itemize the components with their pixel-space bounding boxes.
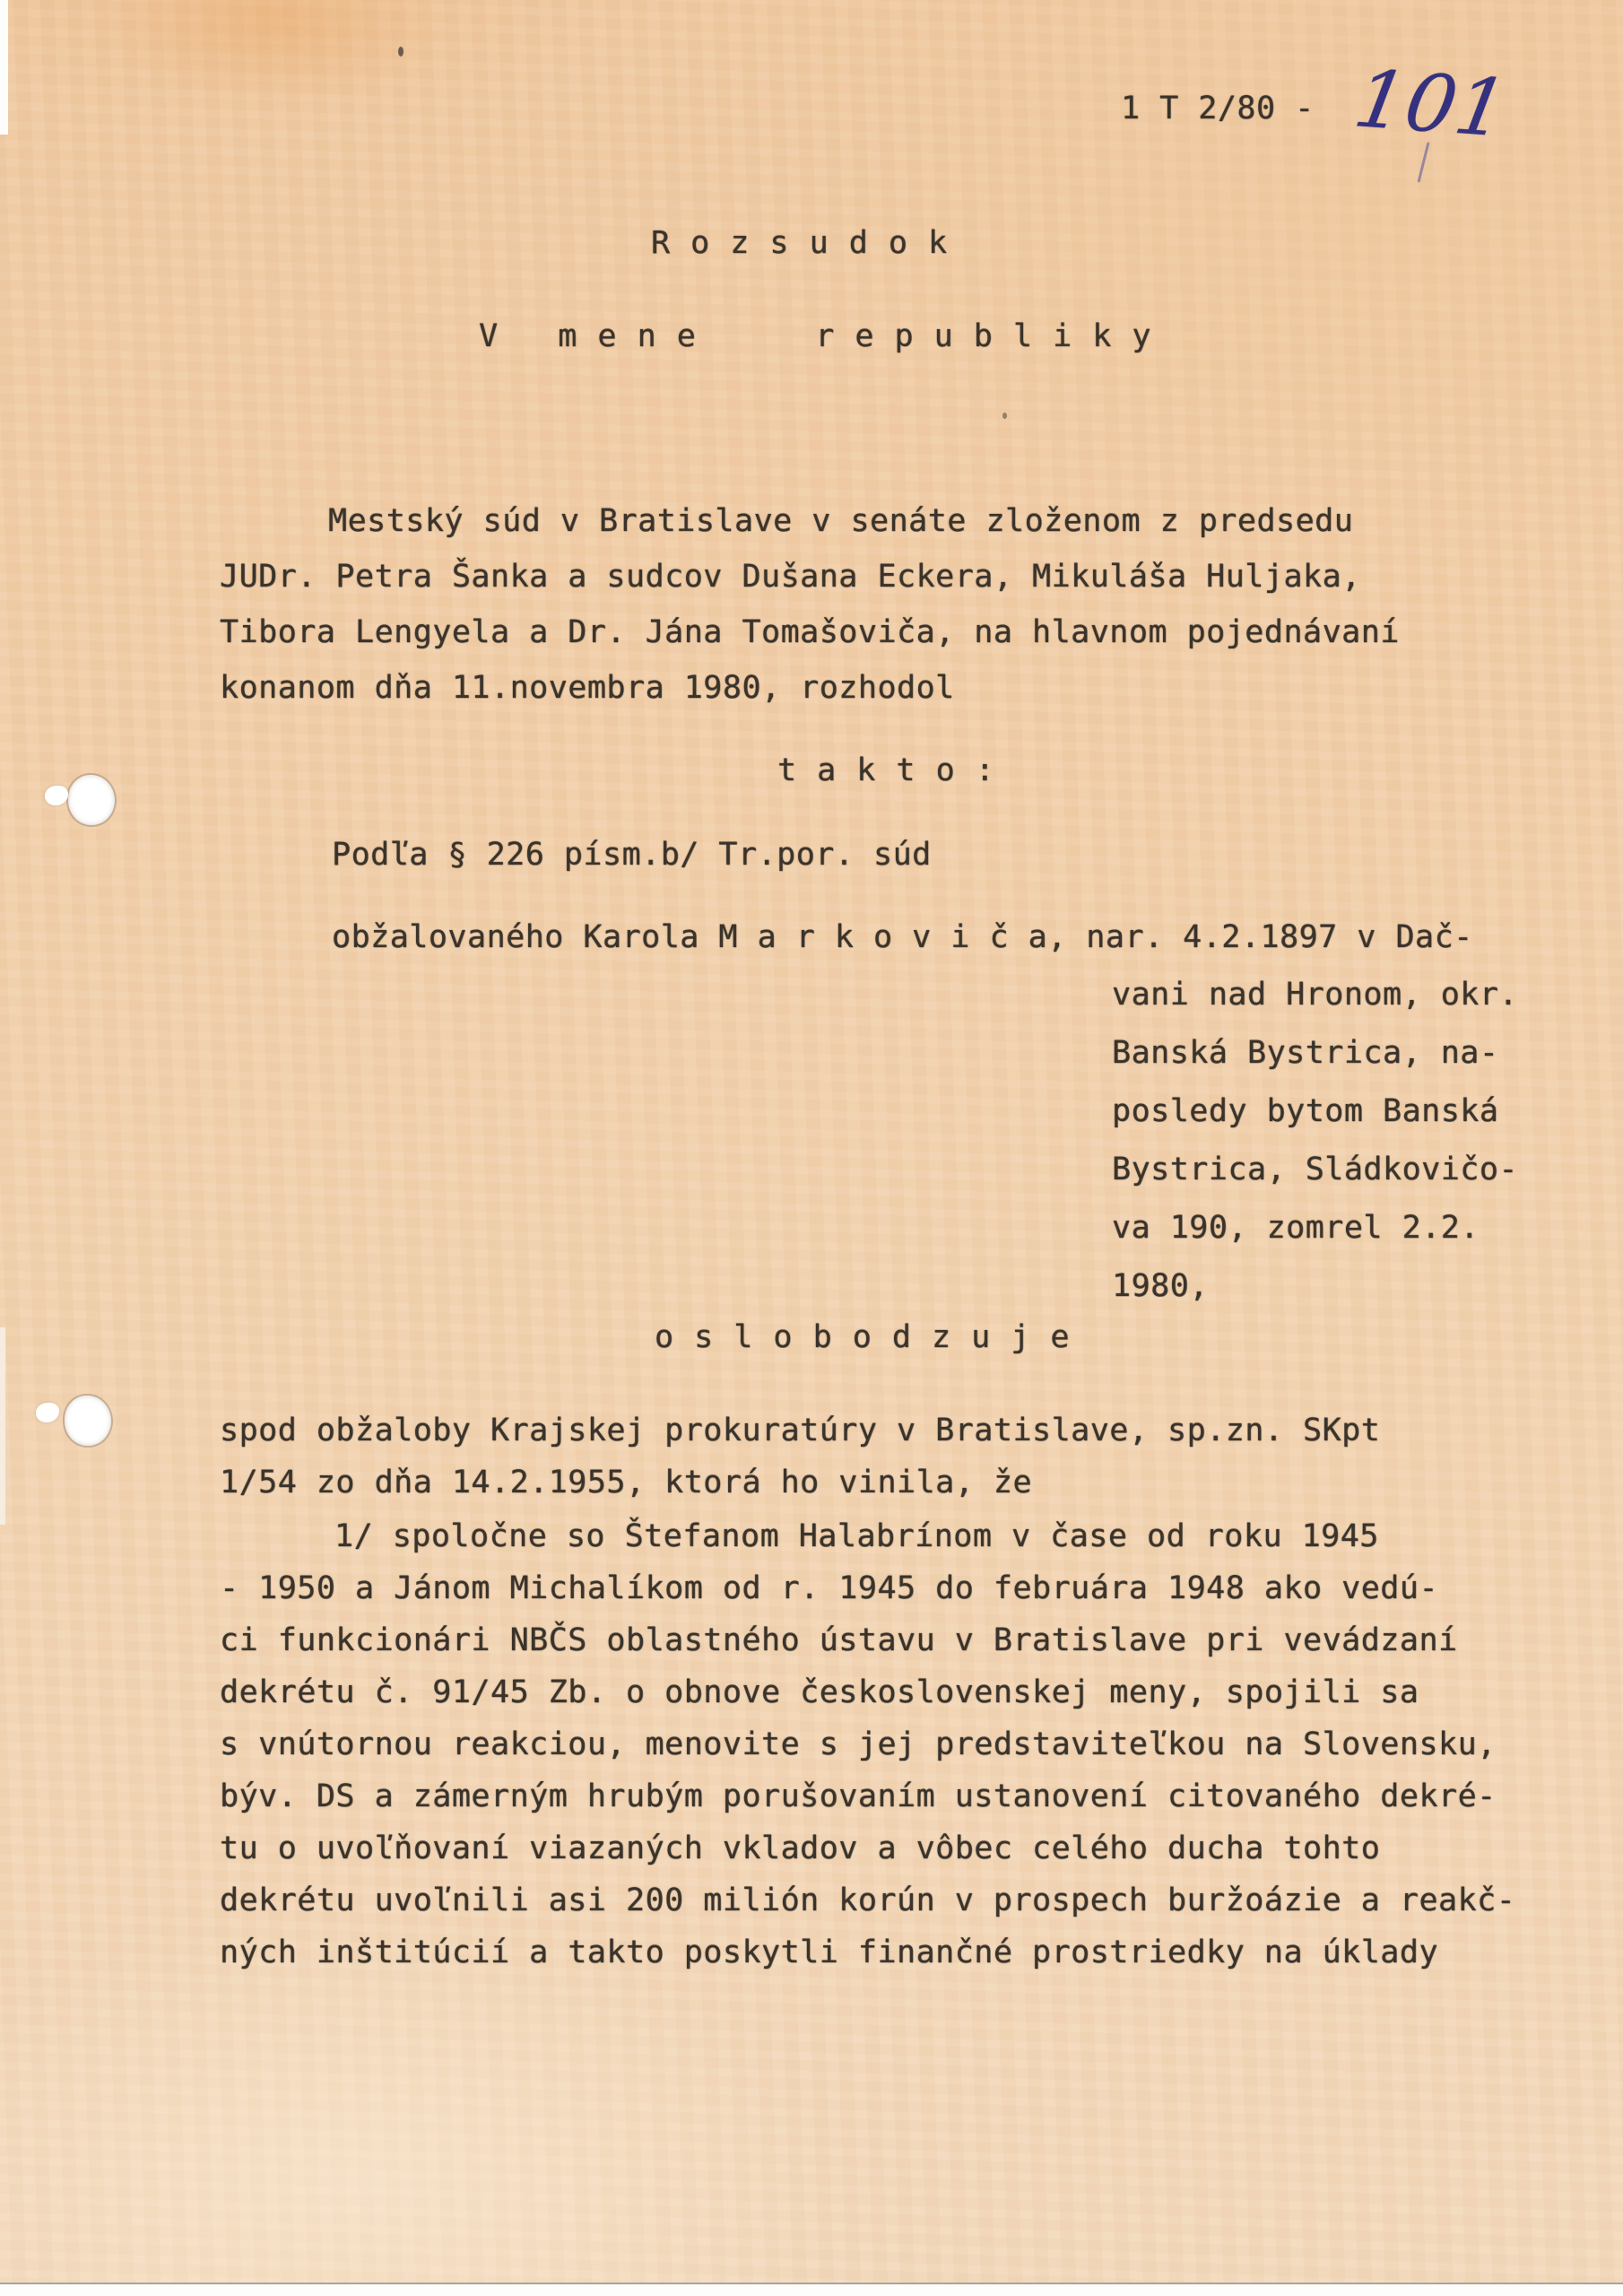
defendant-detail-line: Banská Bystrica, na- — [1112, 1032, 1498, 1074]
scan-edge-left-light — [0, 1327, 5, 1525]
ink-speck — [398, 47, 404, 57]
case-number-handwritten: 101 — [1350, 60, 1514, 149]
body-line: tu o uvoľňovaní viazaných vkladov a vôbe… — [220, 1828, 1380, 1869]
defendant-detail-line: va 190, zomrel 2.2. — [1112, 1207, 1480, 1248]
defendant-detail-line: posledy bytom Banská — [1112, 1091, 1498, 1132]
body-line: dekrétu uvoľnili asi 200 milión korún v … — [220, 1880, 1515, 1921]
ink-speck — [1002, 413, 1007, 419]
intro-line: Tibora Lengyela a Dr. Jána Tomašoviča, n… — [220, 612, 1400, 653]
verdict-line: o s l o b o d z u j e — [655, 1317, 1071, 1358]
intro-line: konanom dňa 11.novembra 1980, rozhodol — [220, 667, 955, 709]
body-line: s vnútornou reakciou, menovite s jej pre… — [220, 1724, 1497, 1765]
body-line: 1/ spoločne so Štefanom Halabrínom v čas… — [334, 1516, 1379, 1557]
body-line: - 1950 a Jánom Michalíkom od r. 1945 do … — [220, 1568, 1438, 1609]
body-line: 1/54 zo dňa 14.2.1955, ktorá ho vinila, … — [220, 1462, 1032, 1503]
takto-line: t a k t o : — [777, 750, 995, 791]
body-line: ných inštitúcií a takto poskytli finančn… — [220, 1932, 1438, 1973]
scan-edge-left-sliver — [0, 0, 8, 135]
document-title: R o z s u d o k — [651, 222, 948, 264]
punch-hole-bottom-tear — [36, 1403, 59, 1422]
body-line: dekrétu č. 91/45 Zb. o obnove českoslove… — [220, 1672, 1419, 1713]
scan-edge-bottom-strip — [0, 2283, 1623, 2296]
case-number-typed: 1 T 2/80 - — [1121, 88, 1315, 129]
defendant-detail-line: Bystrica, Sládkovičo- — [1112, 1149, 1518, 1190]
document-subtitle: V m e n e r e p u b l i k y — [479, 316, 1151, 357]
intro-line: JUDr. Petra Šanka a sudcov Dušana Eckera… — [220, 556, 1361, 597]
defendant-detail-line: vani nad Hronom, okr. — [1112, 974, 1518, 1015]
body-line: spod obžaloby Krajskej prokuratúry v Bra… — [220, 1410, 1380, 1451]
punch-hole-bottom — [65, 1396, 111, 1446]
podla-line: Podľa § 226 písm.b/ Tr.por. súd — [332, 834, 932, 875]
punch-hole-top — [68, 775, 115, 825]
body-line: ci funkcionári NBČS oblastného ústavu v … — [220, 1620, 1458, 1661]
punch-hole-top-tear — [45, 786, 68, 805]
body-line: býv. DS a zámerným hrubým porušovaním us… — [220, 1776, 1497, 1817]
scanned-document-page: 1 T 2/80 - 101 R o z s u d o k V m e n e… — [0, 0, 1623, 2296]
defendant-line: obžalovaného Karola M a r k o v i č a, n… — [332, 917, 1473, 958]
defendant-detail-line: 1980, — [1112, 1265, 1209, 1307]
intro-line: Mestský súd v Bratislave v senáte zložen… — [328, 500, 1353, 542]
